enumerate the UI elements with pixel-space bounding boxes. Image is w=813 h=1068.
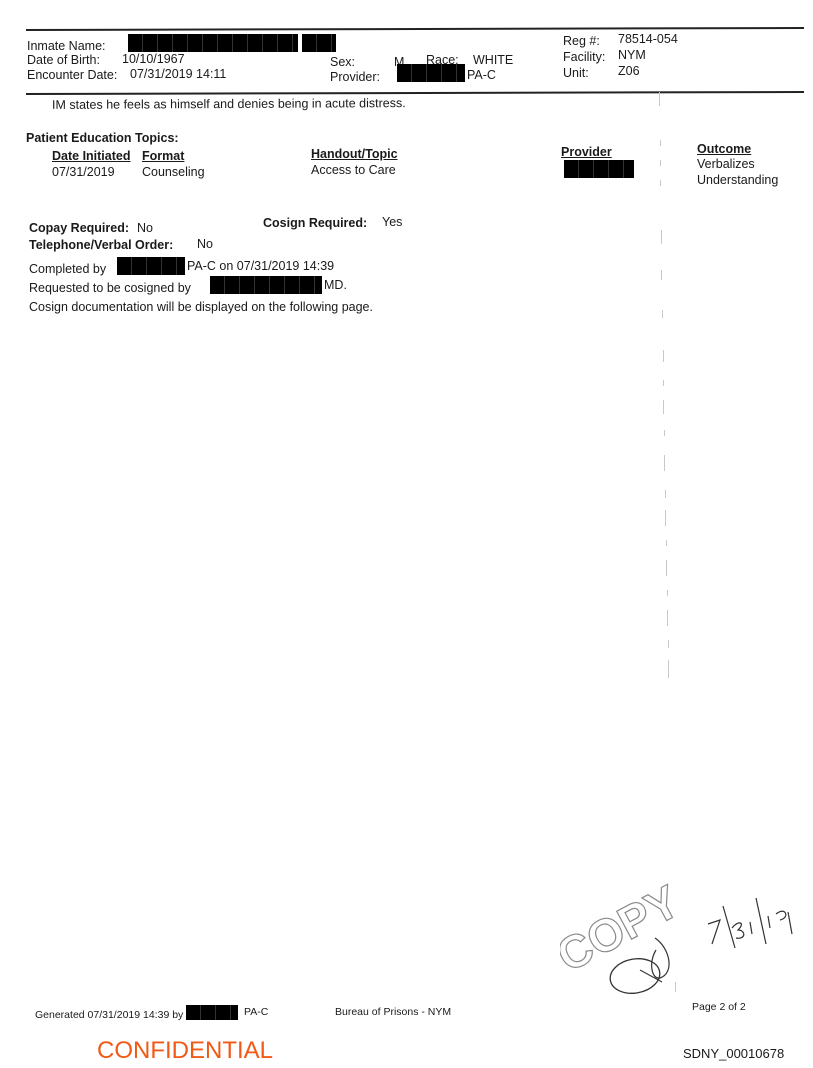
- clinical-note: IM states he feels as himself and denies…: [52, 96, 406, 112]
- row-outcome-line2: Understanding: [697, 173, 778, 187]
- completed-by-prefix: Completed by: [29, 262, 106, 276]
- dob-label: Date of Birth:: [27, 53, 100, 67]
- reg-value: 78514-054: [618, 32, 678, 46]
- inmate-name-redaction: [128, 34, 298, 52]
- copy-stamp: COPY: [560, 878, 800, 998]
- footer-bureau: Bureau of Prisons - NYM: [335, 1006, 451, 1018]
- race-value: WHITE: [473, 53, 513, 67]
- generated-by-redaction: [186, 1005, 238, 1020]
- encounter-date-value: 07/31/2019 14:11: [130, 67, 226, 81]
- unit-label: Unit:: [563, 66, 589, 80]
- cosign-value: Yes: [382, 215, 402, 229]
- generated-prefix: Generated 07/31/2019 14:39 by: [35, 1009, 183, 1021]
- col-date-initiated: Date Initiated: [52, 149, 131, 163]
- requested-cosign-suffix: MD.: [324, 278, 347, 292]
- col-outcome: Outcome: [697, 142, 751, 156]
- row-date: 07/31/2019: [52, 165, 115, 179]
- header-bottom-rule: [26, 91, 804, 95]
- education-title: Patient Education Topics:: [26, 131, 179, 145]
- sex-label: Sex:: [330, 55, 355, 69]
- row-format: Counseling: [142, 165, 205, 179]
- inmate-name-redaction-2: [302, 34, 336, 52]
- provider-label: Provider:: [330, 70, 380, 84]
- generated-suffix: PA-C: [244, 1006, 268, 1018]
- provider-suffix: PA-C: [467, 68, 496, 82]
- reg-label: Reg #:: [563, 34, 600, 48]
- unit-value: Z06: [618, 64, 640, 78]
- page-number: Page 2 of 2: [692, 1001, 746, 1013]
- row-outcome-line1: Verbalizes: [697, 157, 755, 171]
- provider-redaction: [397, 64, 465, 82]
- inmate-name-label: Inmate Name:: [27, 39, 106, 53]
- col-handout-topic: Handout/Topic: [311, 147, 398, 161]
- col-format: Format: [142, 149, 184, 163]
- cosign-note: Cosign documentation will be displayed o…: [29, 300, 373, 314]
- bates-number: SDNY_00010678: [683, 1046, 784, 1061]
- requested-cosign-redaction: [210, 276, 322, 294]
- copy-stamp-graphic: COPY: [560, 878, 800, 998]
- row-provider-redaction: [564, 160, 634, 178]
- header-top-rule: [26, 27, 804, 31]
- completed-by-redaction: [117, 257, 185, 275]
- phone-order-value: No: [197, 237, 213, 251]
- col-provider: Provider: [561, 145, 612, 159]
- facility-value: NYM: [618, 48, 646, 62]
- facility-label: Facility:: [563, 50, 605, 64]
- completed-by-suffix: PA-C on 07/31/2019 14:39: [187, 259, 334, 273]
- cosign-label: Cosign Required:: [263, 216, 367, 230]
- confidential-mark: CONFIDENTIAL: [97, 1037, 273, 1065]
- row-topic: Access to Care: [311, 163, 396, 177]
- copay-value: No: [137, 221, 153, 235]
- phone-order-label: Telephone/Verbal Order:: [29, 238, 173, 252]
- dob-value: 10/10/1967: [122, 52, 185, 66]
- requested-cosign-prefix: Requested to be cosigned by: [29, 281, 191, 295]
- copay-label: Copay Required:: [29, 221, 129, 235]
- encounter-date-label: Encounter Date:: [27, 68, 117, 82]
